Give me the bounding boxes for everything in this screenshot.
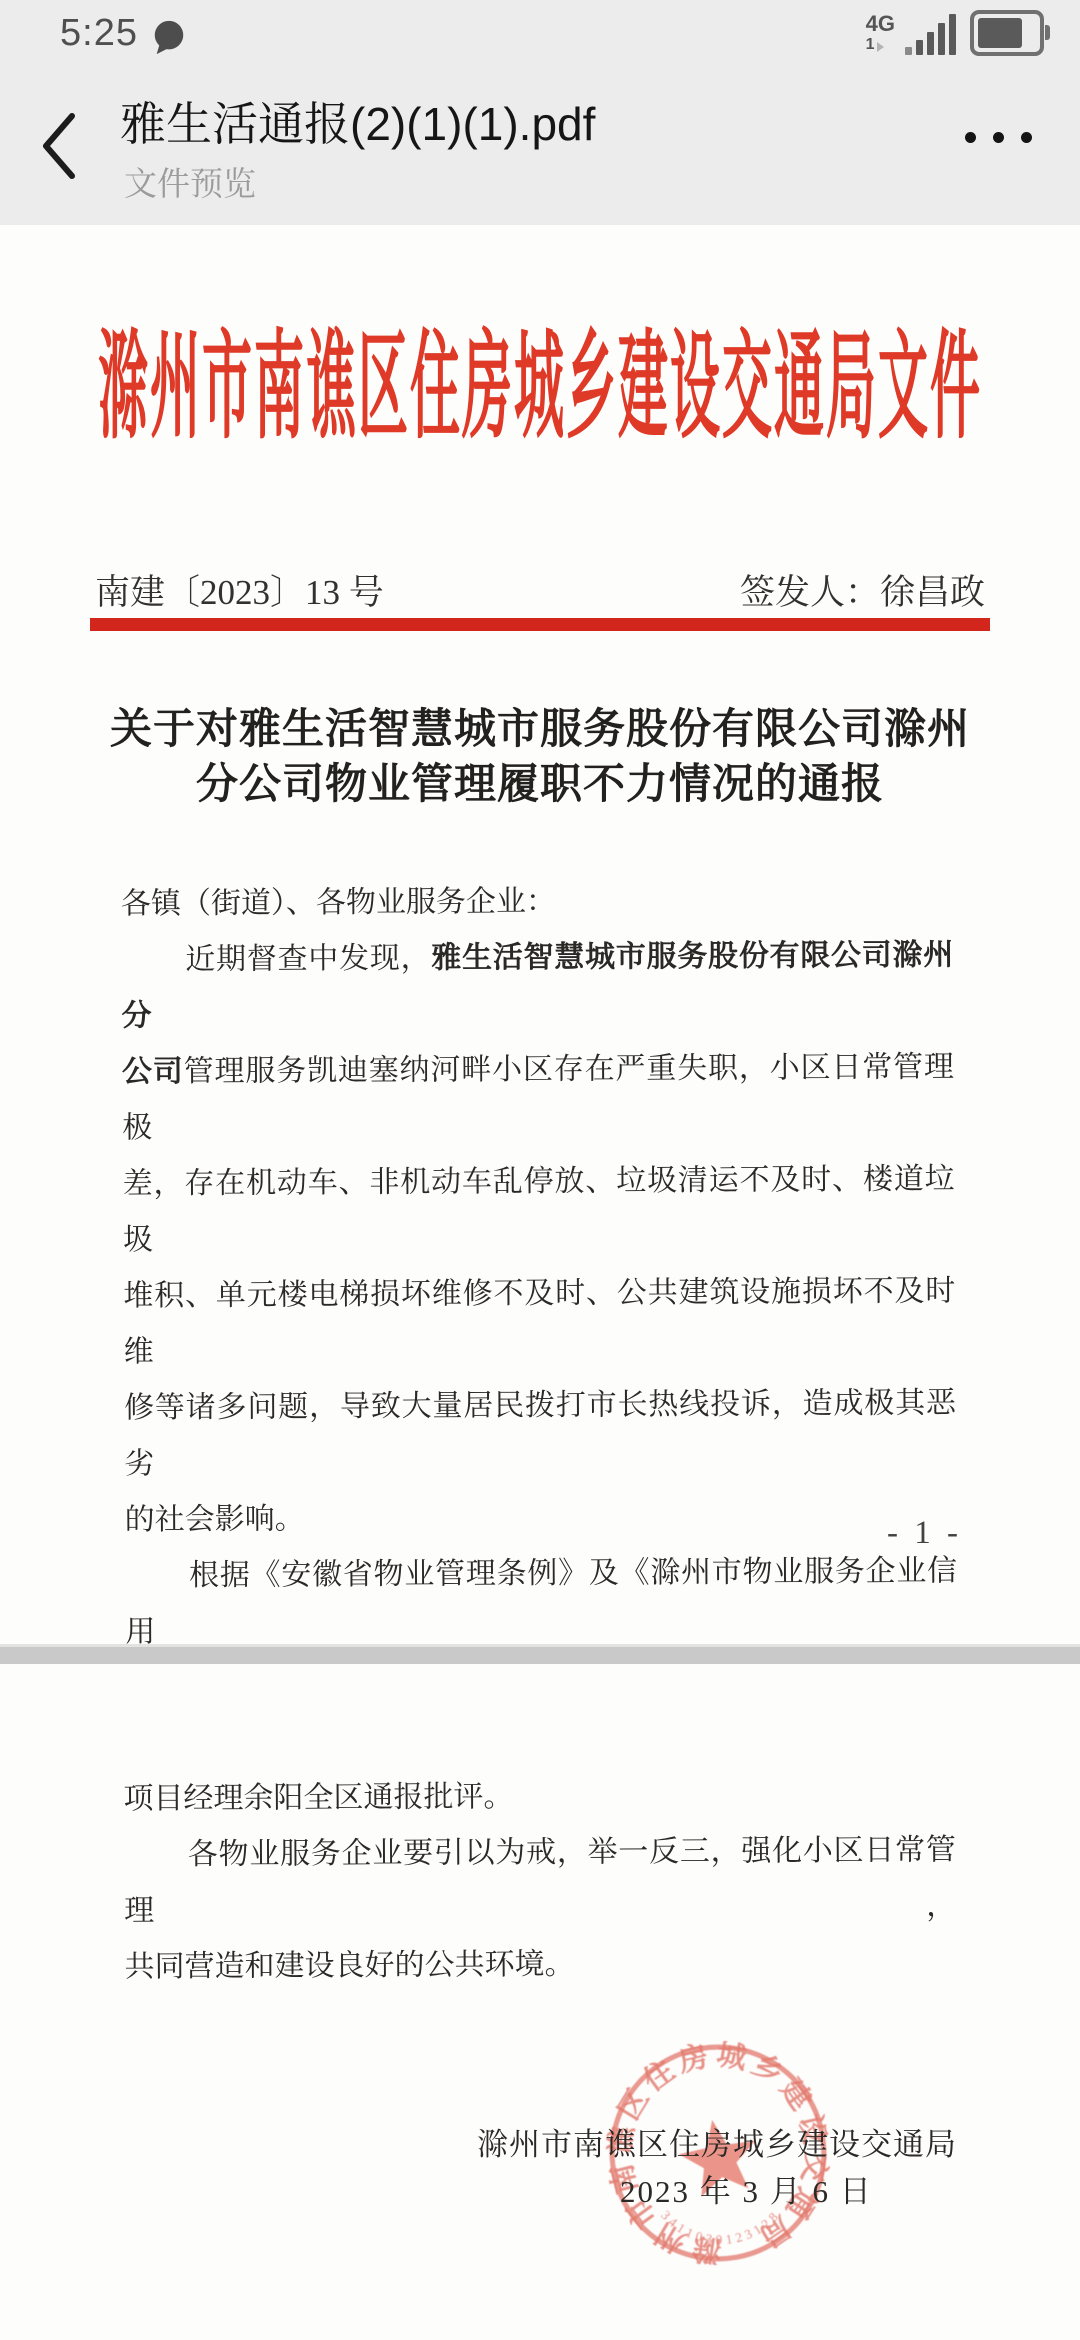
document-title-line2: 分公司物业管理履职不力情况的通报 [0, 758, 1080, 813]
page2-body: 项目经理余阳全区通报批评。 各物业服务企业要引以为戒，举一反三，强化小区日常管理… [123, 1766, 956, 1995]
document-title: 关于对雅生活智慧城市服务股份有限公司滁州 分公司物业管理履职不力情况的通报 [0, 703, 1080, 813]
document-number: 南建〔2023〕13 号 [95, 565, 384, 611]
status-bar: 5:25 4G 1 [0, 0, 1080, 70]
document-line: 近期督查中发现，雅生活智慧城市服务股份有限公司滁州分 [121, 927, 954, 1044]
document-line: 各物业服务企业要引以为戒，举一反三，强化小区日常管理， [124, 1822, 957, 1939]
battery-icon [970, 10, 1044, 56]
file-preview-label: 文件预览 [124, 158, 256, 205]
status-icons: 4G 1 [866, 10, 1044, 56]
document-line: 修等诸多问题，导致大量居民拨打市长热线投诉，造成极其恶劣 [124, 1375, 957, 1492]
document-line: 项目经理余阳全区通报批评。 [123, 1766, 955, 1827]
document-line: 差，存在机动车、非机动车乱停放、垃圾清运不及时、楼道垃圾 [122, 1151, 955, 1268]
document-line: 的社会影响。 [125, 1487, 957, 1548]
network-type-icon: 4G 1 [866, 13, 895, 53]
phone-screen: 5:25 4G 1 雅生活通报(2)(1)(1).pdf [0, 0, 1080, 2340]
issuer: 签发人：徐昌政 [740, 565, 985, 611]
file-title: 雅生活通报(2)(1)(1).pdf [120, 88, 595, 154]
more-options-icon[interactable] [965, 132, 1032, 143]
message-bubble-icon [150, 18, 188, 56]
document-title-line1: 关于对雅生活智慧城市服务股份有限公司滁州 [0, 703, 1080, 758]
pdf-page-1: 滁州市南谯区住房城乡建设交通局文件 南建〔2023〕13 号 签发人：徐昌政 关… [0, 225, 1080, 1644]
document-line: 共同营造和建设良好的公共环境。 [124, 1934, 956, 1995]
salutation-line: 各镇（街道）、各物业服务企业： [121, 871, 953, 932]
back-icon[interactable] [30, 106, 90, 186]
signal-strength-icon [905, 11, 956, 55]
document-number-row: 南建〔2023〕13 号 签发人：徐昌政 [95, 565, 985, 611]
page-number: - 1 - [887, 1515, 962, 1552]
document-line: 堆积、单元楼电梯损坏维修不及时、公共建筑设施损坏不及时维 [123, 1263, 956, 1380]
network-arrow-icon [877, 42, 884, 52]
clock: 5:25 [60, 12, 138, 55]
red-rule [90, 618, 990, 631]
document-line: 公司管理服务凯迪塞纳河畔小区存在严重失职，小区日常管理极 [122, 1039, 955, 1156]
document-line: 根据《安徽省物业管理条例》及《滁州市物业服务企业信用 [125, 1543, 958, 1660]
app-bar: 雅生活通报(2)(1)(1).pdf 文件预览 [0, 70, 1080, 225]
letterhead-title: 滁州市南谯区住房城乡建设交通局文件 [0, 241, 1080, 532]
signature-org: 滁州市南谯区住房城乡建设交通局 [477, 2119, 957, 2164]
signature-date: 2023 年 3 月 6 日 [620, 2166, 873, 2211]
pdf-page-2: 项目经理余阳全区通报批评。 各物业服务企业要引以为戒，举一反三，强化小区日常管理… [0, 1664, 1080, 2340]
